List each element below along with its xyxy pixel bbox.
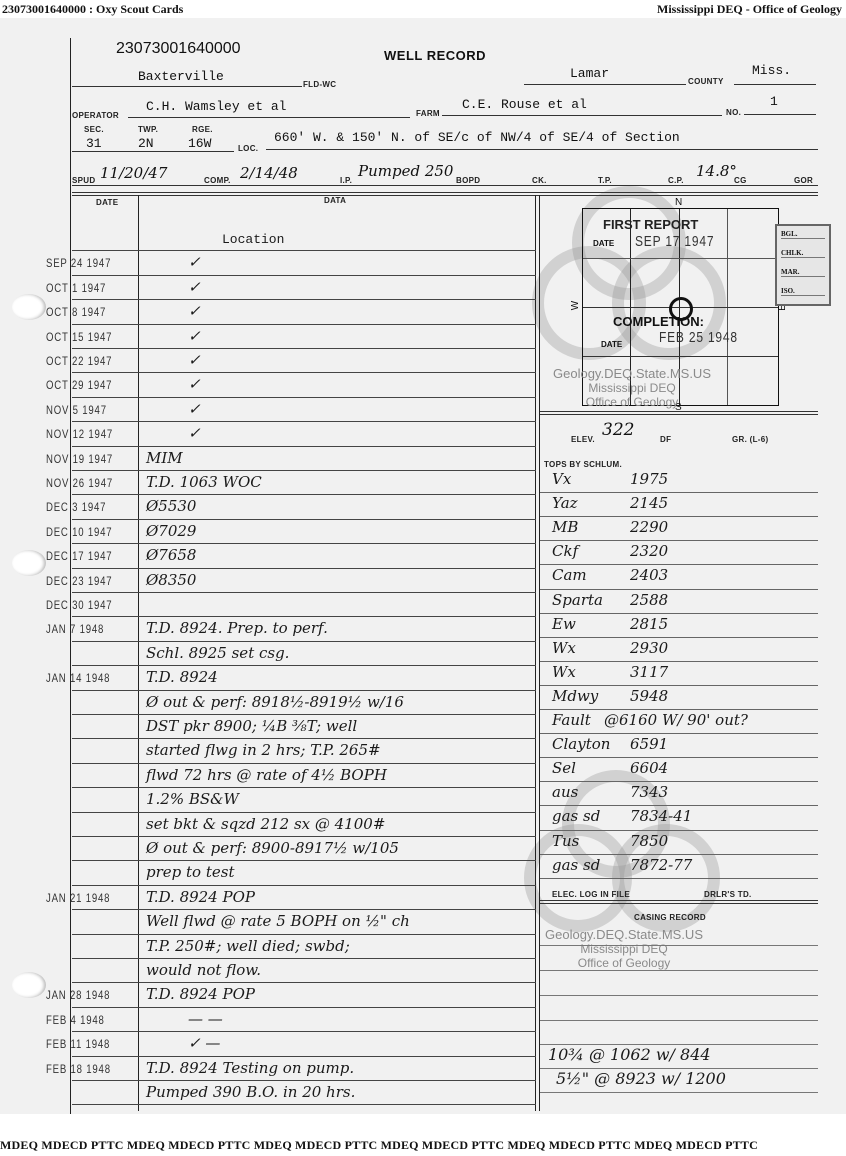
cp-label: C.P. [668,176,684,185]
elevation-label: ELEV. [571,435,595,444]
log-row-rule [72,543,536,544]
rule [540,661,818,662]
watermark-line: Office of Geology [538,395,726,409]
rule [540,516,818,517]
formation-depth: 7343 [630,783,668,801]
form-title: WELL RECORD [384,48,486,63]
log-date: JAN 14 1948 [46,671,110,685]
log-entry: ✓ [188,375,201,393]
log-date: DEC 10 1947 [46,525,112,539]
log-row-rule [72,934,536,935]
log-entry: Ø out & perf: 8900-8917½ w/105 [146,839,399,857]
log-row-rule [72,324,536,325]
formation-depth: 7850 [630,832,668,850]
df-label: DF [660,435,671,444]
sec-label: SEC. [84,125,104,134]
log-entry: DST pkr 8900; ¼B ⅜T; well [146,717,357,735]
farm-value: C.E. Rouse et al [462,97,587,112]
formation-name: Fault [552,711,591,729]
log-row-rule [72,836,536,837]
log-date: DEC 30 1947 [46,598,112,612]
rule [744,114,816,115]
formation-depth: @6160 W/ 90' out? [604,711,748,729]
formation-depth: 2320 [630,542,668,560]
rule [540,1092,818,1093]
rule [540,830,818,831]
watermark-line: Mississippi DEQ [538,381,726,395]
log-row-rule [72,470,536,471]
log-row-rule [72,494,536,495]
log-date: FEB 4 1948 [46,1013,105,1027]
completion-date-label: DATE [601,340,622,349]
log-entry: T.D. 8924 POP [146,985,255,1003]
casing-entry: 5½" @ 8923 w/ 1200 [556,1069,726,1088]
log-date: DEC 3 1947 [46,500,106,514]
rule [540,733,818,734]
log-row-rule [72,1056,536,1057]
log-date: OCT 22 1947 [46,354,112,368]
rule [540,492,818,493]
log-row-rule [72,1080,536,1081]
log-row-rule [72,1007,536,1008]
elec-log-label: ELEC. LOG IN FILE [552,890,630,899]
data-column-header: DATA [324,196,346,205]
county-value: Lamar [570,66,609,81]
log-row-rule [72,616,536,617]
rule [72,86,302,87]
log-date: FEB 11 1948 [46,1037,110,1051]
ip-label: I.P. [340,176,352,185]
log-row-rule [72,519,536,520]
agency-title: Mississippi DEQ - Office of Geology [657,2,842,17]
loc-label: LOC. [238,144,258,153]
log-entry: 1.2% BS&W [146,790,239,808]
field-label: FLD-WC [303,80,336,89]
log-row-rule [72,763,536,764]
log-row-rule [72,421,536,422]
formation-depth: 1975 [630,470,668,488]
watermark-line: Office of Geology [534,956,714,970]
formation-depth: 6604 [630,759,668,777]
log-entry: Well flwd @ rate 5 BOPH on ½" ch [146,912,410,930]
log-entry: Ø out & perf: 8918½-8919½ w/16 [146,693,404,711]
log-date: JAN 28 1948 [46,988,110,1002]
log-date: NOV 19 1947 [46,452,113,466]
routing-stamp: BGL.CHLK.MAR.ISO. [775,224,831,306]
well-no-value: 1 [770,94,778,109]
formation-name: Wx [552,663,576,681]
log-entry: T.D. 8924 POP [146,888,255,906]
formation-depth: 2403 [630,566,668,584]
formation-name: Sel [552,759,576,777]
comp-label: COMP. [204,176,231,185]
operator-value: C.H. Wamsley et al [146,99,286,114]
rule [540,757,818,758]
watermark-text: Geology.DEQ.State.MS.US Mississippi DEQ … [534,928,714,970]
log-entry: T.D. 8924 [146,668,218,686]
county-label: COUNTY [688,77,724,86]
formation-name: Vx [552,470,571,488]
formation-name: MB [552,518,578,536]
first-report-label: FIRST REPORT [603,217,698,232]
rule [524,84,686,85]
loc-value: 660' W. & 150' N. of SE/c of NW/4 of SE/… [274,130,680,145]
cp-value: 14.8° [696,162,737,180]
formation-name: gas sd [552,856,600,874]
log-entry: flwd 72 hrs @ rate of 4½ BOPH [146,766,387,784]
log-row-rule [72,885,536,886]
routing-stamp-item: CHLK. [781,249,825,258]
routing-stamp-item: MAR. [781,268,825,277]
footer-banner: MDEQ MDECD PTTC MDEQ MDECD PTTC MDEQ MDE… [0,1138,846,1156]
routing-stamp-item: ISO. [781,287,825,296]
log-date: OCT 29 1947 [46,378,112,392]
log-row-rule [72,299,536,300]
rule [540,540,818,541]
rule [540,685,818,686]
rule [540,414,818,415]
log-row-rule [72,1031,536,1032]
rule [72,185,818,186]
log-entry: MIM [146,449,183,467]
rule [540,995,818,996]
log-date: JAN 21 1948 [46,891,110,905]
rule [540,878,818,879]
rule [540,781,818,782]
rule [72,195,818,196]
log-row-rule [72,275,536,276]
rule [734,84,816,85]
log-row-rule [72,250,536,251]
formation-depth: 2588 [630,591,668,609]
log-row-rule [72,690,536,691]
log-row-rule [72,982,536,983]
rule [72,151,234,152]
casing-entry: 10¾ @ 1062 w/ 844 [548,1045,711,1064]
spud-value: 11/20/47 [100,164,167,182]
log-entry: ✓ [188,351,201,369]
routing-stamp-item: BGL. [781,230,825,239]
log-entry: would not flow. [146,961,261,979]
log-entry: Schl. 8925 set csg. [146,644,289,662]
rge-label: RGE. [192,125,213,134]
rge-value: 16W [188,136,211,151]
viewer-header: 23073001640000 : Oxy Scout Cards Mississ… [0,0,846,18]
rule [540,854,818,855]
log-date: OCT 8 1947 [46,305,106,319]
well-record-card: 23073001640000 WELL RECORD Baxterville F… [0,18,846,1114]
formation-depth: 7872-77 [630,856,692,874]
formation-depth: 2930 [630,639,668,657]
log-entry: ✓ [188,302,201,320]
formation-name: Yaz [552,494,578,512]
rule [540,709,818,710]
formation-name: Mdwy [552,687,598,705]
rule [128,117,410,118]
data-column-rule [535,195,536,1111]
twp-value: 2N [138,136,154,151]
formation-depth: 2145 [630,494,668,512]
formation-name: aus [552,783,578,801]
log-entry: Ø7029 [146,522,196,540]
rule [72,192,818,193]
log-row-rule [72,665,536,666]
formation-depth: 2290 [630,518,668,536]
spud-label: SPUD [72,176,95,185]
log-date: DEC 23 1947 [46,574,112,588]
log-date: OCT 1 1947 [46,281,106,295]
log-date: JAN 7 1948 [46,622,104,636]
state-value: Miss. [752,63,791,78]
farm-label: FARM [416,109,440,118]
compass-w: W [570,301,581,310]
casing-record-label: CASING RECORD [634,913,706,922]
log-entry: ✓ [188,278,201,296]
log-date: FEB 18 1948 [46,1062,111,1076]
formation-name: Tus [552,832,579,850]
compass-n: N [675,197,682,208]
log-entry: Location [222,232,284,247]
log-row-rule [72,641,536,642]
drlr-td-label: DRLR'S TD. [704,890,752,899]
log-entry: ✓ [188,253,201,271]
cg-label: CG [734,176,747,185]
formation-depth: 3117 [630,663,668,681]
operator-label: OPERATOR [72,111,119,120]
formation-depth: 7834-41 [630,807,692,825]
log-entry: T.D. 8924 Testing on pump. [146,1059,354,1077]
formation-name: Sparta [552,591,603,609]
formation-name: Ckf [552,542,578,560]
log-entry: ✓ [188,400,201,418]
data-column-rule [539,195,540,1111]
formation-depth: 5948 [630,687,668,705]
rule [540,589,818,590]
log-row-rule [72,909,536,910]
rule [540,900,818,901]
date-column-header: DATE [96,198,118,207]
twp-label: TWP. [138,125,158,134]
ip-value: Pumped 250 [358,162,453,180]
log-row-rule [72,738,536,739]
log-entry: ✓ — [188,1034,220,1052]
log-date: SEP 24 1947 [46,256,111,270]
log-entry: — — [188,1010,223,1028]
comp-value: 2/14/48 [240,164,298,182]
gr-label: GR. (L-6) [732,435,768,444]
rule [540,903,818,904]
watermark-line: Geology.DEQ.State.MS.US [538,367,726,381]
formation-name: Clayton [552,735,610,753]
log-row-rule [72,958,536,959]
rule [266,149,818,150]
log-entry: T.P. 250#; well died; swbd; [146,937,350,955]
field-value: Baxterville [138,69,224,84]
log-row-rule [72,714,536,715]
log-row-rule [72,1104,536,1105]
well-no-label: NO. [726,108,741,117]
document-title: 23073001640000 : Oxy Scout Cards [2,2,183,17]
gor-label: GOR [794,176,813,185]
formation-name: Cam [552,566,587,584]
log-entry: set bkt & sqzd 212 sx @ 4100# [146,815,385,833]
first-report-date-label: DATE [593,239,614,248]
rule [442,115,722,116]
log-row-rule [72,446,536,447]
elevation-value: 322 [602,420,634,440]
completion-label: COMPLETION: [613,314,704,329]
bopd-label: BOPD [456,176,480,185]
log-entry: prep to test [146,863,234,881]
first-report-date: SEP 17 1947 [635,233,714,250]
api-number: 23073001640000 [116,40,241,58]
log-row-rule [72,812,536,813]
rule [540,564,818,565]
log-entry: T.D. 1063 WOC [146,473,262,491]
date-column-rule [138,195,139,1111]
log-date: NOV 12 1947 [46,427,113,441]
formation-name: Wx [552,639,576,657]
log-row-rule [72,372,536,373]
log-entry: ✓ [188,327,201,345]
rule [540,637,818,638]
log-date: NOV 26 1947 [46,476,113,490]
log-row-rule [72,592,536,593]
punch-hole [12,294,46,320]
log-row-rule [72,860,536,861]
formation-depth: 6591 [630,735,668,753]
tops-label: TOPS BY SCHLUM. [544,460,622,469]
punch-hole [12,550,46,576]
formation-name: gas sd [552,807,600,825]
rule [540,1020,818,1021]
rule [540,970,818,971]
log-entry: T.D. 8924. Prep. to perf. [146,619,328,637]
log-entry: Ø8350 [146,571,196,589]
log-date: OCT 15 1947 [46,330,112,344]
watermark-line: Geology.DEQ.State.MS.US [534,928,714,942]
tp-label: T.P. [598,176,612,185]
log-date: DEC 17 1947 [46,549,112,563]
formation-depth: 2815 [630,615,668,633]
log-row-rule [72,397,536,398]
punch-hole [12,972,46,998]
completion-date: FEB 25 1948 [659,329,738,346]
rule [540,945,818,946]
log-date: NOV 5 1947 [46,403,107,417]
log-entry: Ø5530 [146,497,196,515]
ck-label: CK. [532,176,547,185]
log-entry: ✓ [188,424,201,442]
log-entry: Pumped 390 B.O. in 20 hrs. [146,1083,355,1101]
log-row-rule [72,787,536,788]
rule [540,613,818,614]
log-entry: started flwg in 2 hrs; T.P. 265# [146,741,381,759]
log-entry: Ø7658 [146,546,196,564]
log-row-rule [72,568,536,569]
watermark-text: Geology.DEQ.State.MS.US Mississippi DEQ … [538,367,726,409]
rule [540,411,818,412]
sec-value: 31 [86,136,102,151]
log-row-rule [72,348,536,349]
rule [540,805,818,806]
formation-name: Ew [552,615,576,633]
